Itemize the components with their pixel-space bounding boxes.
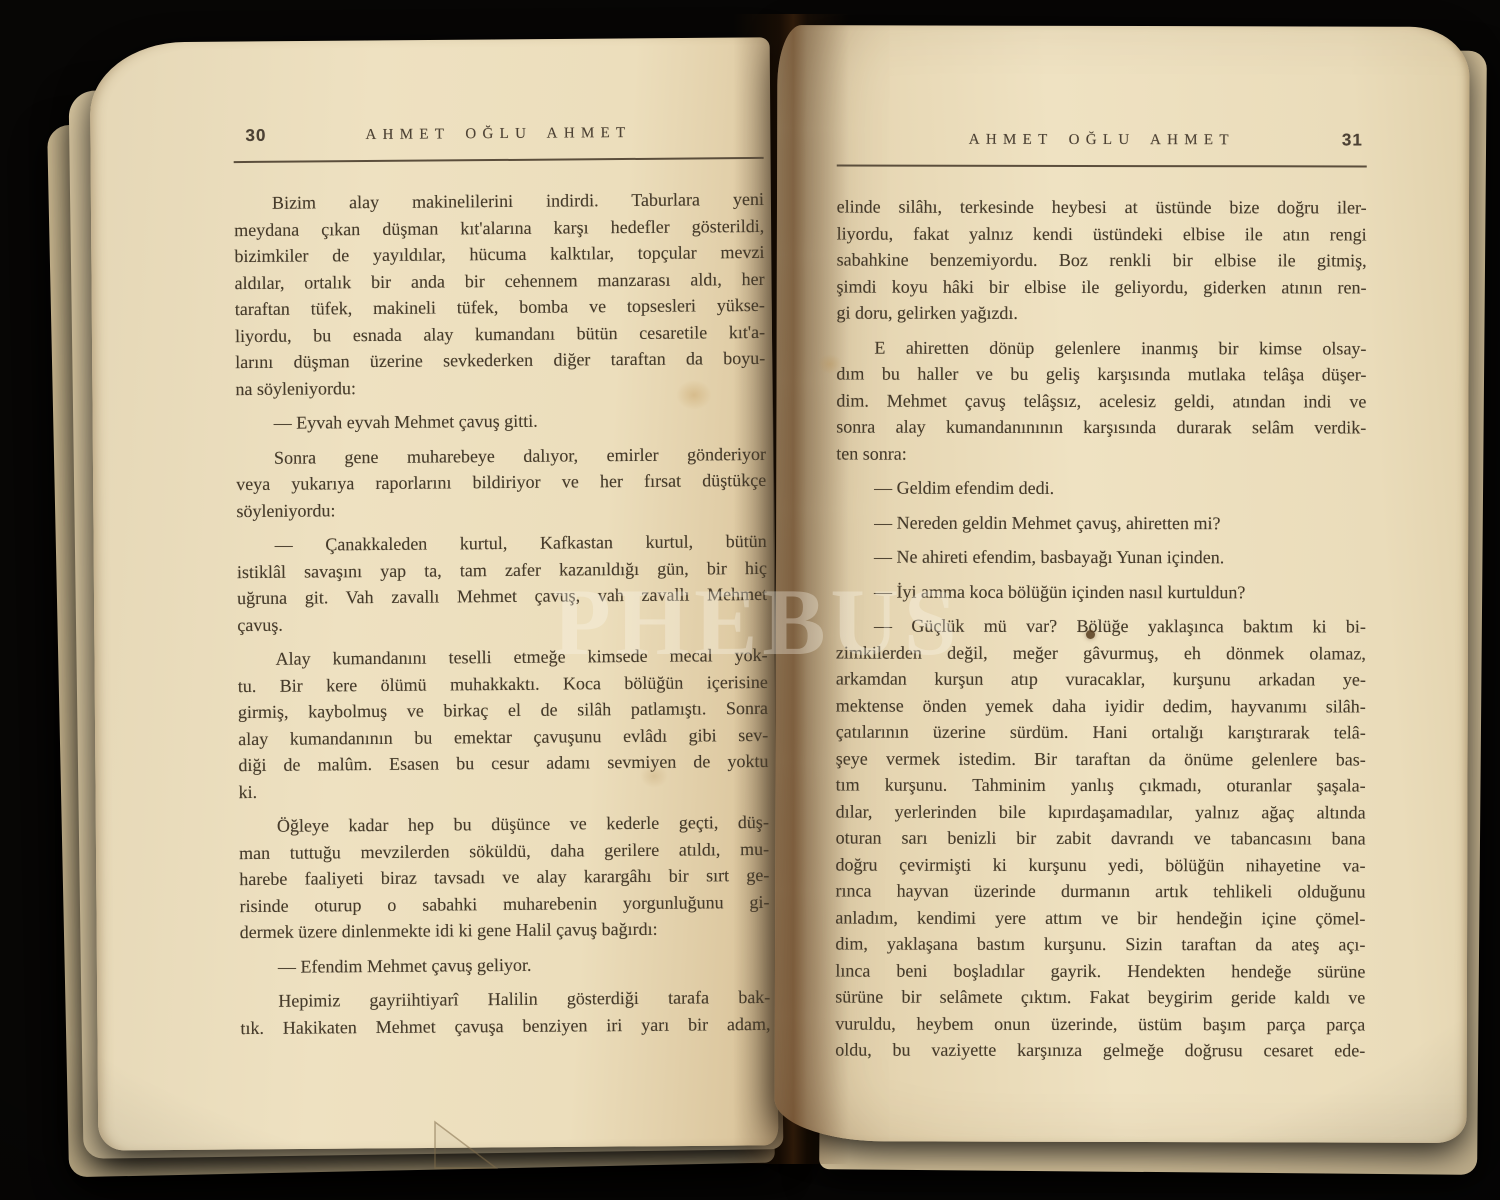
paragraph: — Efendim Mehmet çavuş geliyor.: [240, 949, 770, 980]
text-line: na söyleniyordu:: [235, 371, 765, 402]
text-line: vuruldu, heybem onun üzerinde, üstüm baş…: [835, 1010, 1365, 1037]
text-line: — Ne ahireti efendim, basbayağı Yunan iç…: [836, 544, 1366, 571]
book-photo: 30 AHMET OĞLU AHMET Bizim alay makinelil…: [0, 0, 1500, 1200]
right-page-header: AHMET OĞLU AHMET 31: [837, 132, 1367, 168]
text-line: dım bu haller ve bu geliş karşısında mut…: [836, 361, 1366, 388]
right-page-text: AHMET OĞLU AHMET 31 elinde silâhı, terke…: [835, 132, 1367, 1064]
text-line: arkamdan kurşun atıp vuracaklar, kurşunu…: [836, 666, 1366, 693]
text-line: taraftan tüfek, makineli tüfek, bomba ve…: [235, 292, 765, 323]
text-line: şimdi koyu hâki bir elbise ile geliyordu…: [837, 273, 1367, 300]
text-line: E ahiretten dönüp gelenlere inanmış bir …: [836, 334, 1366, 361]
text-line: harebe faaliyeti biraz tavsadı ve alay k…: [239, 862, 769, 893]
paragraph: Hepimiz gayriihtiyarî Halilin gösterdiği…: [240, 984, 770, 1041]
text-line: şeye vermek istedim. Bir taraftan da önü…: [836, 745, 1366, 772]
text-line: dim. Mehmet çavuş telâşsız, acelesiz gel…: [836, 387, 1366, 414]
text-line: Hepimiz gayriihtiyarî Halilin gösterdiği…: [240, 984, 770, 1015]
left-page-header: 30 AHMET OĞLU AHMET: [233, 124, 763, 163]
left-page-text: 30 AHMET OĞLU AHMET Bizim alay makinelil…: [233, 124, 770, 1041]
text-line: tık. Hakikaten Mehmet çavuşa benziyen ir…: [240, 1010, 770, 1041]
text-line: çatılarının üzerine sürdüm. Hani ortalığ…: [836, 719, 1366, 746]
paragraph: — Geldim efendim dedi.: [836, 475, 1366, 502]
text-line: Sonra gene muharebeye dalıyor, emirler g…: [236, 440, 766, 471]
text-line: — Efendim Mehmet çavuş geliyor.: [240, 949, 770, 980]
text-line: risinde oturup o sabahki muharebenin yor…: [239, 888, 769, 919]
text-line: girmiş, kaybolmuş ve birkaç el de silâh …: [238, 695, 768, 726]
text-line: ki.: [239, 774, 769, 805]
paragraph: Bizim alay makinelilerini indirdi. Tabur…: [234, 186, 766, 402]
paragraph: elinde silâhı, terkesinde heybesi at üst…: [836, 194, 1366, 327]
text-line: — Çanakkaleden kurtul, Kafkastan kurtul,…: [237, 528, 767, 559]
text-line: elinde silâhı, terkesinde heybesi at üst…: [837, 194, 1367, 221]
paragraph: — Ne ahireti efendim, basbayağı Yunan iç…: [836, 544, 1366, 571]
text-line: dim, yaklaşana bastım kurşunu. Sizin tar…: [835, 931, 1365, 958]
text-line: alay kumandanının bu emektar çavuşunu ev…: [238, 721, 768, 752]
text-line: sabahkine benzemiyordu. Boz renkli bir e…: [837, 247, 1367, 274]
text-line: diği de malûm. Esasen bu cesur adamı sev…: [238, 748, 768, 779]
paragraph: E ahiretten dönüp gelenlere inanmış bir …: [836, 334, 1366, 467]
text-line: gi doru, gelirken yağızdı.: [836, 300, 1366, 327]
text-line: aldılar, ortalık bir anda bir cehennem m…: [235, 265, 765, 296]
text-line: — Geldim efendim dedi.: [836, 475, 1366, 502]
text-line: — Nereden geldin Mehmet çavuş, ahiretten…: [836, 509, 1366, 536]
text-line: sonra alay kumandanınının karşısında dur…: [836, 414, 1366, 441]
text-line: doğru çevirmişti ki kurşunu yedi, bölüğü…: [836, 851, 1366, 878]
text-line: söyleniyordu:: [236, 493, 766, 524]
text-line: sürüne bir selâmete çıktım. Fakat beygir…: [835, 984, 1365, 1011]
text-line: istiklâl savaşını yap ta, tam zafer kaza…: [237, 554, 767, 585]
paragraph: — Çanakkaleden kurtul, Kafkastan kurtul,…: [237, 528, 768, 638]
paragraph: — İyi amma koca bölüğün içinden nasıl ku…: [836, 578, 1366, 605]
right-page-number: 31: [1342, 130, 1363, 150]
paragraph: — Eyvah eyvah Mehmet çavuş gitti.: [236, 406, 766, 437]
paragraph: Sonra gene muharebeye dalıyor, emirler g…: [236, 440, 767, 524]
left-page-body: Bizim alay makinelilerini indirdi. Tabur…: [234, 186, 771, 1041]
text-line: dermek üzere dinlenmekte idi ki gene Hal…: [240, 915, 770, 946]
text-line: oturan sarı benizli bir zabit davrandı v…: [836, 825, 1366, 852]
text-line: oldu, bu vaziyette karşınıza gelmeğe doğ…: [835, 1037, 1365, 1064]
text-line: lınca beni boşladılar gayrik. Hendekten …: [835, 957, 1365, 984]
text-line: Bizim alay makinelilerini indirdi. Tabur…: [234, 186, 764, 217]
text-line: Alay kumandanını teselli etmeğe kimsede …: [237, 642, 767, 673]
text-line: bizimkiler de yayıldılar, hücuma kalktıl…: [234, 239, 764, 270]
text-line: man tuttuğu mevzilerden söküldü, daha ge…: [239, 835, 769, 866]
text-line: çavuş.: [237, 607, 767, 638]
text-line: anladım, kendimi yere attım ve bir hende…: [835, 904, 1365, 931]
right-page-body: elinde silâhı, terkesinde heybesi at üst…: [835, 194, 1367, 1064]
text-line: liyordu, fakat yalnız kendi üstündeki el…: [837, 220, 1367, 247]
text-line: veya yukarıya raporlarını bildiriyor ve …: [236, 467, 766, 498]
text-line: Öğleye kadar hep bu düşünce ve kederle g…: [239, 809, 769, 840]
text-line: ten sonra:: [836, 440, 1366, 467]
text-line: tu. Bir kere ölümü muhakkaktı. Koca bölü…: [238, 668, 768, 699]
text-line: liyordu, bu esnada alay kumandanı bütün …: [235, 318, 765, 349]
paragraph: — Güçlük mü var? Bölüğe yaklaşınca baktı…: [835, 613, 1366, 1064]
left-running-title: AHMET OĞLU AHMET: [233, 124, 763, 145]
paragraph: Öğleye kadar hep bu düşünce ve kederle g…: [239, 809, 770, 946]
text-line: meydana çıkan düşman kıt'alarına karşı h…: [234, 212, 764, 243]
text-line: — Eyvah eyvah Mehmet çavuş gitti.: [236, 406, 766, 437]
paragraph: Alay kumandanını teselli etmeğe kimsede …: [237, 642, 768, 805]
text-line: dılar, yerlerinden bile kıpırdaşamadılar…: [836, 798, 1366, 825]
text-line: larını düşman üzerine sevkederken diğer …: [235, 345, 765, 376]
text-line: — İyi amma koca bölüğün içinden nasıl ku…: [836, 578, 1366, 605]
text-line: mektense önden yemek daha iyidir dedim, …: [836, 692, 1366, 719]
right-running-title: AHMET OĞLU AHMET: [837, 132, 1367, 150]
text-line: zimkilerden değil, meğer gâvurmuş, eh dö…: [836, 639, 1366, 666]
text-line: rınca hayvan üzerinde durmanın artık teh…: [835, 878, 1365, 905]
text-line: tım kurşunu. Tahminim yanlış çıkmadı, ot…: [836, 772, 1366, 799]
text-line: uğruna git. Vah zavallı Mehmet çavuş, va…: [237, 581, 767, 612]
text-line: — Güçlük mü var? Bölüğe yaklaşınca baktı…: [836, 613, 1366, 640]
paragraph: — Nereden geldin Mehmet çavuş, ahiretten…: [836, 509, 1366, 536]
